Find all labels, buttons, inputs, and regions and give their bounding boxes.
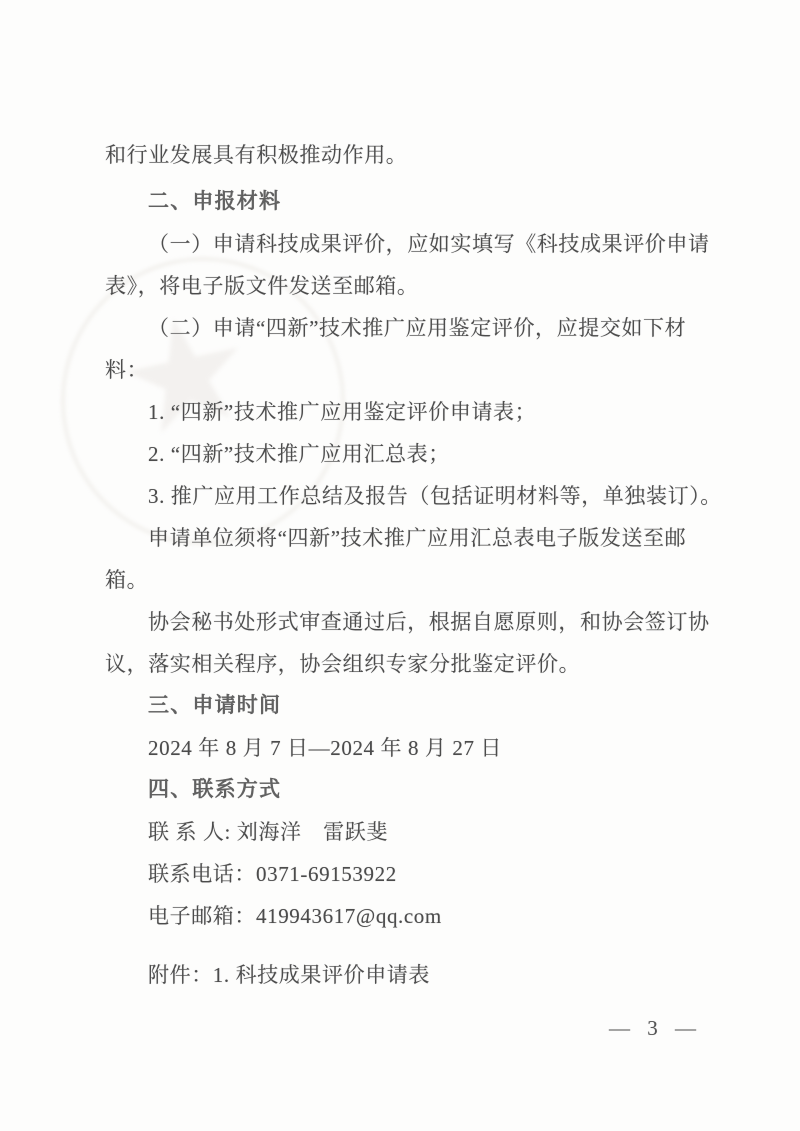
text-line: 1. “四新”技术推广应用鉴定评价申请表； bbox=[105, 391, 705, 433]
attachment-line: 附件：1. 科技成果评价申请表 bbox=[105, 954, 705, 996]
text-line: 申请单位须将“四新”技术推广应用汇总表电子版发送至邮 bbox=[105, 517, 705, 559]
section-heading: 三、申请时间 bbox=[105, 685, 705, 727]
text-line: 联系电话：0371-69153922 bbox=[105, 853, 705, 895]
text-line: 和行业发展具有积极推动作用。 bbox=[105, 134, 705, 176]
text-line: （一）申请科技成果评价，应如实填写《科技成果评价申请 bbox=[105, 223, 705, 265]
text-line: 表》，将电子版文件发送至邮箱。 bbox=[105, 265, 705, 307]
text-line: 协会秘书处形式审查通过后，根据自愿原则，和协会签订协 bbox=[105, 601, 705, 643]
text-line: 箱。 bbox=[105, 559, 705, 601]
text-line: 电子邮箱：419943617@qq.com bbox=[105, 895, 705, 937]
text-line: 料： bbox=[105, 349, 705, 391]
text-line: 2. “四新”技术推广应用汇总表； bbox=[105, 433, 705, 475]
scanned-document-page: ★ 和行业发展具有积极推动作用。二、申报材料（一）申请科技成果评价，应如实填写《… bbox=[0, 0, 800, 1131]
document-content: 和行业发展具有积极推动作用。二、申报材料（一）申请科技成果评价，应如实填写《科技… bbox=[105, 134, 705, 996]
text-line: （二）申请“四新”技术推广应用鉴定评价，应提交如下材 bbox=[105, 307, 705, 349]
text-line: 联 系 人: 刘海洋 雷跃斐 bbox=[105, 811, 705, 853]
text-line: 2024 年 8 月 7 日—2024 年 8 月 27 日 bbox=[105, 727, 705, 769]
page-number: — 3 — bbox=[609, 1007, 697, 1049]
text-line: 议，落实相关程序，协会组织专家分批鉴定评价。 bbox=[105, 643, 705, 685]
text-line: 3. 推广应用工作总结及报告（包括证明材料等，单独装订）。 bbox=[105, 475, 705, 517]
section-heading: 二、申报材料 bbox=[105, 181, 705, 223]
section-heading: 四、联系方式 bbox=[105, 769, 705, 811]
